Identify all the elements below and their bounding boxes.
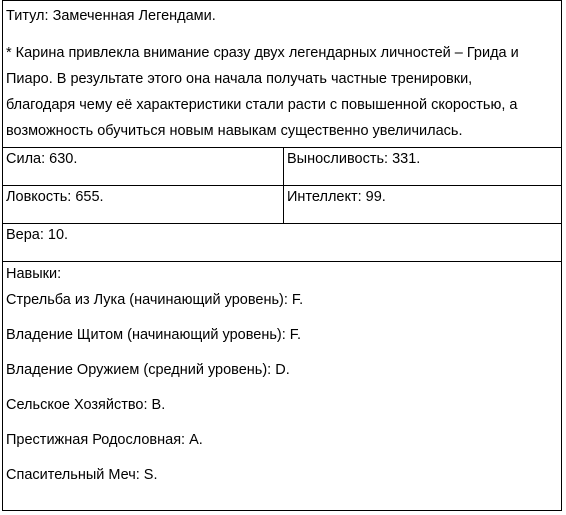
skills-list: Стрельба из Лука (начинающий уровень): F… (6, 283, 561, 493)
skills-heading: Навыки: (6, 265, 561, 283)
row-divider (3, 223, 561, 224)
skill-item: Стрельба из Лука (начинающий уровень): F… (6, 283, 561, 318)
stat-intellect-cell: Интеллект: 99. (284, 188, 561, 206)
stat-agility: Ловкость: 655. (6, 189, 104, 205)
row-divider (3, 261, 561, 262)
row-divider (3, 147, 561, 148)
description-line: возможность обучиться новым навыкам суще… (6, 118, 561, 144)
stat-intellect: Интеллект: 99. (287, 189, 386, 205)
skill-item: Спасительный Меч: S. (6, 458, 561, 493)
description-block: * Карина привлекла внимание сразу двух л… (6, 40, 561, 144)
description-line: * Карина привлекла внимание сразу двух л… (6, 40, 561, 66)
character-status-table: Титул: Замеченная Легендами. * Карина пр… (2, 0, 562, 511)
stat-stamina: Выносливость: 331. (287, 151, 420, 167)
stat-faith-cell: Вера: 10. (3, 226, 561, 244)
skills-cell: Навыки: Стрельба из Лука (начинающий уро… (3, 265, 561, 493)
stat-agility-cell: Ловкость: 655. (3, 188, 283, 206)
skill-item: Сельское Хозяйство: B. (6, 388, 561, 423)
description-line: благодаря чему её характеристики стали р… (6, 92, 561, 118)
title-description-cell: Титул: Замеченная Легендами. * Карина пр… (3, 6, 561, 144)
description-line: Пиаро. В результате этого она начала пол… (6, 66, 561, 92)
stat-strength-cell: Сила: 630. (3, 150, 283, 168)
title-line: Титул: Замеченная Легендами. (6, 6, 561, 26)
skill-item: Престижная Родословная: A. (6, 423, 561, 458)
skill-item: Владение Оружием (средний уровень): D. (6, 353, 561, 388)
skill-item: Владение Щитом (начинающий уровень): F. (6, 318, 561, 353)
stat-strength: Сила: 630. (6, 151, 77, 167)
stat-faith: Вера: 10. (6, 227, 68, 243)
stat-stamina-cell: Выносливость: 331. (284, 150, 561, 168)
row-divider (3, 185, 561, 186)
